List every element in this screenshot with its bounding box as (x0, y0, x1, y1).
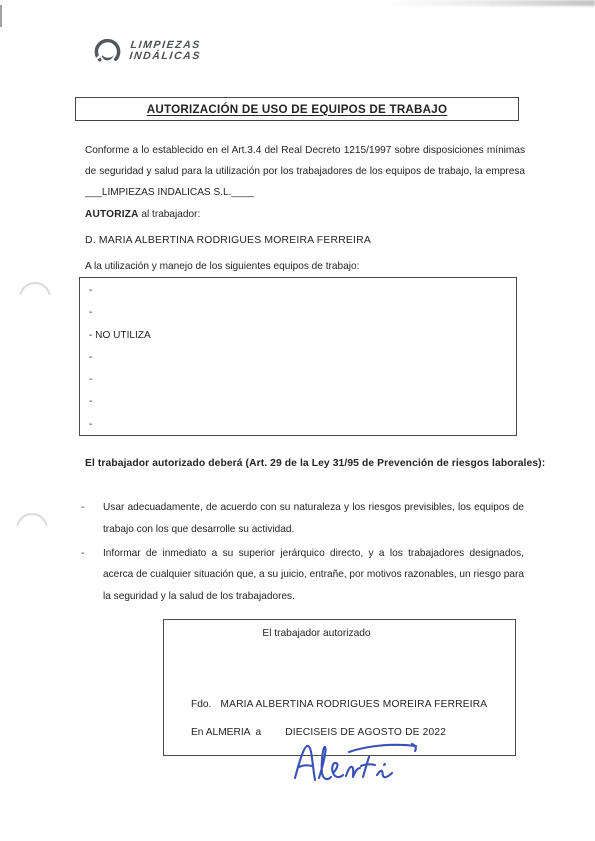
hole-punch-mark (16, 513, 48, 545)
logo-wordmark: LIMPIEZAS INDÁLICAS (129, 40, 203, 61)
equipment-list-item: - (89, 369, 516, 391)
logo-line2: INDÁLICAS (129, 51, 202, 62)
document-title: AUTORIZACIÓN DE USO DE EQUIPOS DE TRABAJ… (147, 103, 448, 116)
bullet-dash: - (81, 497, 103, 541)
authorize-line: AUTORIZA al trabajador: (85, 204, 525, 225)
scan-artifact-left-edge (0, 5, 2, 27)
company-logo: LIMPIEZAS INDÁLICAS (92, 35, 202, 66)
intro-paragraph: Conforme a lo establecido en el Art.3.4 … (85, 140, 525, 203)
signature-box-header: El trabajador autorizado (164, 620, 515, 639)
hole-punch-mark (19, 282, 51, 314)
signer-name: MARIA ALBERTINA RODRIGUES MOREIRA FERREI… (220, 699, 487, 710)
equipment-list-box: - - - NO UTILIZA - - - - (79, 277, 517, 436)
equipment-list-item: - (89, 391, 516, 413)
document-page: LIMPIEZAS INDÁLICAS AUTORIZACIÓN DE USO … (0, 0, 595, 841)
obligation-text: Usar adecuadamente, de acuerdo con su na… (103, 497, 524, 541)
equipment-intro-line: A la utilización y manejo de los siguien… (85, 256, 545, 277)
fdo-label: Fdo. (191, 699, 211, 710)
equipment-list-item: - (89, 302, 516, 324)
obligations-heading: El trabajador autorizado deberá (Art. 29… (85, 456, 547, 471)
equipment-list-item: - NO UTILIZA (89, 325, 516, 347)
place-prefix: En ALMERIA a (191, 727, 261, 738)
obligation-item: - Informar de inmediato a su superior je… (81, 543, 524, 608)
logo-line1: LIMPIEZAS (130, 40, 203, 51)
obligations-list: - Usar adecuadamente, de acuerdo con su … (81, 495, 524, 608)
handwritten-signature (291, 736, 425, 792)
authorize-word: AUTORIZA (85, 209, 139, 220)
worker-name: D. MARIA ALBERTINA RODRIGUES MOREIRA FER… (85, 230, 545, 251)
equipment-list-item: - (89, 414, 516, 436)
authorize-rest: al trabajador: (139, 209, 201, 220)
equipment-list-item: - (89, 280, 516, 302)
title-box: AUTORIZACIÓN DE USO DE EQUIPOS DE TRABAJ… (75, 97, 519, 121)
logo-swirl-icon (92, 35, 123, 66)
scan-artifact-top-edge (380, 0, 595, 6)
equipment-list-item: - (89, 347, 516, 369)
obligation-text: Informar de inmediato a su superior jerá… (103, 543, 524, 608)
bullet-dash: - (81, 543, 103, 608)
signed-by-line: Fdo.MARIA ALBERTINA RODRIGUES MOREIRA FE… (191, 699, 487, 710)
obligation-item: - Usar adecuadamente, de acuerdo con su … (81, 497, 524, 541)
